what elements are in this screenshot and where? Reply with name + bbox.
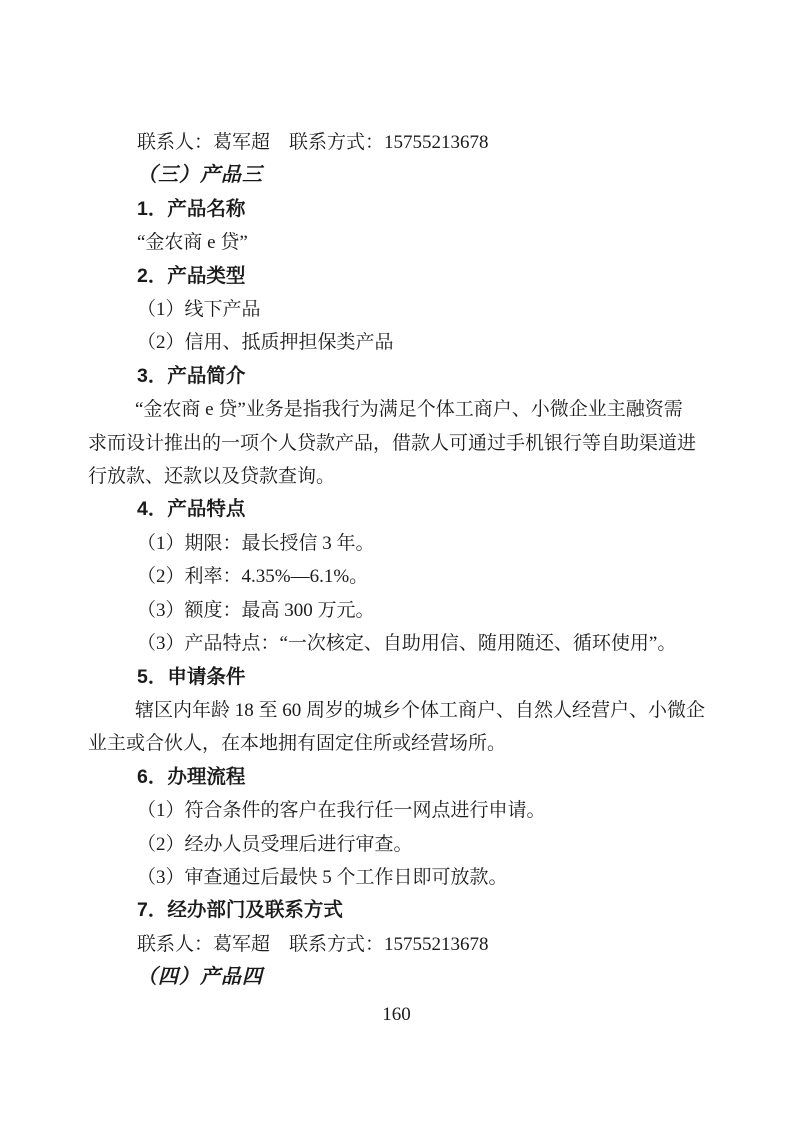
heading-product-features: 4．产品特点 (88, 493, 697, 526)
heading-product-intro: 3．产品简介 (88, 360, 697, 393)
feature-item-rate: （2）利率：4.35%—6.1%。 (88, 560, 697, 593)
contact-line-2: 联系人：葛军超 联系方式：15755213678 (88, 928, 697, 961)
process-item-1: （1）符合条件的客户在我行任一网点进行申请。 (88, 794, 697, 827)
page-number: 160 (0, 998, 793, 1031)
feature-item-features: （3）产品特点：“一次核定、自助用信、随用随还、循环使用”。 (88, 627, 697, 660)
feature-item-amount: （3）额度：最高 300 万元。 (88, 594, 697, 627)
product-type-item-2: （2）信用、抵质押担保类产品 (88, 326, 697, 359)
product-name-value: “金农商 e 贷” (88, 226, 697, 259)
product-intro-line-3: 行放款、还款以及贷款查询。 (88, 460, 697, 493)
process-item-3: （3）审查通过后最快 5 个工作日即可放款。 (88, 861, 697, 894)
heading-product-type: 2．产品类型 (88, 260, 697, 293)
conditions-line-1: 辖区内年龄 18 至 60 周岁的城乡个体工商户、自然人经营户、小微企 (88, 694, 697, 727)
heading-contact-department: 7．经办部门及联系方式 (88, 894, 697, 927)
section-heading-product-4: （四）产品四 (88, 961, 697, 994)
heading-process: 6．办理流程 (88, 761, 697, 794)
conditions-line-2: 业主或合伙人，在本地拥有固定住所或经营场所。 (88, 727, 697, 760)
section-heading-product-3: （三）产品三 (88, 159, 697, 192)
contact-line: 联系人：葛军超 联系方式：15755213678 (88, 126, 697, 159)
heading-application-conditions: 5．申请条件 (88, 661, 697, 694)
product-type-item-1: （1）线下产品 (88, 293, 697, 326)
product-intro-line-2: 求而设计推出的一项个人贷款产品，借款人可通过手机银行等自助渠道进 (88, 427, 697, 460)
product-intro-line-1: “金农商 e 贷”业务是指我行为满足个体工商户、小微企业主融资需 (88, 393, 697, 426)
document-page: 联系人：葛军超 联系方式：15755213678（三）产品三1．产品名称“金农商… (0, 0, 793, 1122)
document-body: 联系人：葛军超 联系方式：15755213678（三）产品三1．产品名称“金农商… (88, 126, 697, 995)
process-item-2: （2）经办人员受理后进行审查。 (88, 828, 697, 861)
feature-item-term: （1）期限：最长授信 3 年。 (88, 527, 697, 560)
heading-product-name: 1．产品名称 (88, 193, 697, 226)
